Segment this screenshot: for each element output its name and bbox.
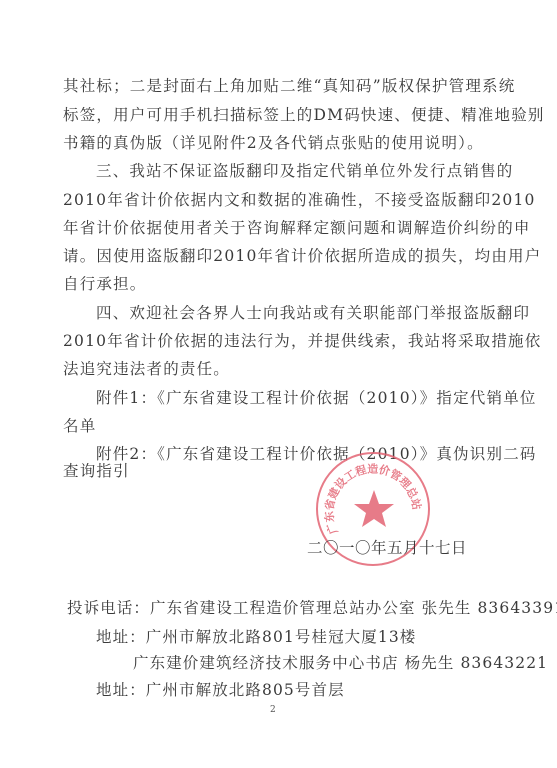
section-three-heading: 三、我站不保证盗版翻印及指定代销单位外发行点销售的 xyxy=(96,161,536,181)
body-line: 自行承担。 xyxy=(63,274,503,294)
body-line: 请。因使用盗版翻印2010年省计价依据所造成的损失，均由用户 xyxy=(63,246,503,266)
complaint-phone: 投诉电话：广东省建设工程造价管理总站办公室 张先生 83643391 xyxy=(67,598,557,618)
address-line-1: 地址：广州市解放北路801号桂冠大厦13楼 xyxy=(96,627,416,647)
body-line: 书籍的真伪版（详见附件2及各代销点张贴的使用说明）。 xyxy=(63,133,503,153)
bookstore-contact: 广东建价建筑经济技术服务中心书店 杨先生 83643221 xyxy=(133,653,548,673)
body-line: 2010年省计价依据内文和数据的准确性，不接受盗版翻印2010 xyxy=(63,190,503,210)
attachment-1: 附件1：《广东省建设工程计价依据（2010）》指定代销单位 xyxy=(96,388,536,408)
address-line-2: 地址：广州市解放北路805号首层 xyxy=(96,680,345,700)
body-line: 名单 xyxy=(63,416,503,436)
body-line: 查询指引 xyxy=(63,461,503,481)
body-line: 2010年省计价依据的违法行为，并提供线索，我站将采取措施依 xyxy=(63,331,503,351)
body-line: 其社标；二是封面右上角加贴二维“真知码”版权保护管理系统 xyxy=(63,76,503,96)
body-line: 年省计价依据使用者关于咨询解释定额问题和调解造价纠纷的申 xyxy=(63,218,503,238)
page-number: 2 xyxy=(270,705,276,715)
body-line: 法追究违法者的责任。 xyxy=(63,359,503,379)
section-four-heading: 四、欢迎社会各界人士向我站或有关职能部门举报盗版翻印 xyxy=(96,303,536,323)
document-date: 二〇一〇年五月十七日 xyxy=(307,536,467,558)
body-line: 标签，用户可用手机扫描标签上的DM码快速、便捷、精准地验别 xyxy=(63,105,503,125)
